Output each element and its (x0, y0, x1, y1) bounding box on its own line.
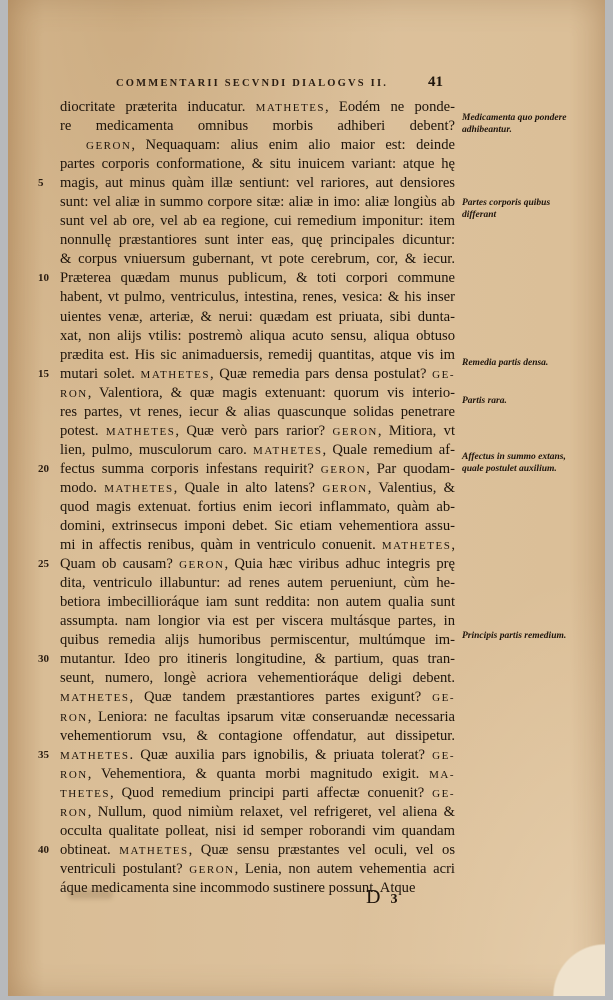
line-number: 25 (38, 555, 49, 574)
line-text: RON, Leniora: ne facultas ipsarum vitæ c… (60, 709, 455, 725)
line-number: 15 (38, 365, 49, 384)
text-line: re medicamenta omnibus morbis adhiberi d… (60, 117, 455, 136)
line-text: domini, extrinsecus imponi debet. Sic et… (60, 518, 455, 534)
text-line: betiora imbecillioráque iam sunt reddita… (60, 593, 455, 612)
text-line: 20fectus summa corporis infestans requir… (60, 460, 455, 479)
line-number: 10 (38, 269, 49, 288)
line-text: diocritate præterita inducatur. MATHETES… (60, 99, 455, 115)
text-line: nonnullę præstantiores sunt inter eas, q… (60, 231, 455, 250)
signature-number: 3 (390, 892, 407, 907)
text-line: assumpta. nam longior via est per viscer… (60, 612, 455, 631)
text-line: MATHETES, Quæ tandem præstantiores parte… (60, 688, 455, 707)
line-text: habent, vt pulmo, ventriculus, intestina… (60, 289, 455, 305)
line-number: 5 (38, 174, 44, 193)
line-number: 40 (38, 841, 49, 860)
line-text: prædita est. His sic animaduersis, remed… (60, 347, 455, 363)
line-text: vehementiorum vsu, & contagione offendat… (60, 728, 455, 744)
text-line: mi in affectis renibus, quàm in ventricu… (60, 536, 455, 555)
text-line: partes corporis conformatione, & situ in… (60, 155, 455, 174)
text-line: 25Quam ob causam? GERON, Quia hæc viribu… (60, 555, 455, 574)
line-text: mi in affectis renibus, quàm in ventricu… (60, 537, 455, 553)
line-text: mutari solet. MATHETES, Quæ remedia pars… (60, 366, 455, 382)
page-corner (545, 926, 605, 996)
line-text: MATHETES, Quæ tandem præstantiores parte… (60, 689, 455, 705)
marginal-note: Affectus in summo extans, quale postulet… (462, 452, 572, 475)
line-text: GERON, Nequaquam: alius enim alio maior … (86, 137, 455, 153)
text-line: quibus remedia alijs humoribus permiscen… (60, 631, 455, 650)
line-text: RON, Valentiora, & quæ magis extenuant: … (60, 385, 455, 401)
line-text: re medicamenta omnibus morbis adhiberi d… (60, 118, 455, 134)
ink-smudge (68, 889, 113, 899)
text-line: modo. MATHETES, Quale in alto latens? GE… (60, 479, 455, 498)
line-text: potest. MATHETES, Quæ verò pars rarior? … (60, 423, 455, 439)
text-line: RON, Vehementiora, & quanta morbi magnit… (60, 765, 455, 784)
text-line: vehementiorum vsu, & contagione offendat… (60, 727, 455, 746)
line-text: & corpus vniuersum gubernant, vt pote ce… (60, 251, 455, 267)
text-line: prædita est. His sic animaduersis, remed… (60, 346, 455, 365)
line-number: 35 (38, 746, 49, 765)
line-text: xat, non alijs vtilis: postremò aliqua a… (60, 328, 455, 344)
line-number: 30 (38, 650, 49, 669)
line-text: assumpta. nam longior via est per viscer… (60, 613, 455, 629)
text-line: RON, Nullum, quod nimiùm relaxet, vel re… (60, 803, 455, 822)
line-text: res partes, vt renes, iecur & alias quas… (60, 404, 455, 420)
line-text: lien, pulmo, musculorum caro. MATHETES, … (60, 442, 455, 458)
text-line: 15mutari solet. MATHETES, Quæ remedia pa… (60, 365, 455, 384)
line-text: seunt, numero, longè acriora vehementior… (60, 670, 455, 686)
line-text: RON, Vehementiora, & quanta morbi magnit… (60, 766, 455, 782)
line-text: quibus remedia alijs humoribus permiscen… (60, 632, 455, 648)
line-text: mutantur. Ideo pro itineris longitudine,… (60, 651, 455, 667)
text-line: & corpus vniuersum gubernant, vt pote ce… (60, 250, 455, 269)
book-page: COMMENTARII SECVNDI DIALOGVS II. 41 dioc… (8, 0, 605, 996)
line-text: magis, aut minus quàm illæ sentiunt: vel… (60, 175, 455, 191)
text-line: uientes venæ, arteriæ, & nerui: quædam e… (60, 308, 455, 327)
marginal-note: Partis rara. (462, 396, 572, 408)
line-text: occulta qualitate polleat, nisi id sempe… (60, 823, 455, 839)
text-line: potest. MATHETES, Quæ verò pars rarior? … (60, 422, 455, 441)
running-title: COMMENTARII SECVNDI DIALOGVS II. (116, 78, 456, 89)
line-text: sunt vel ab ore, vel ab ea regione, cui … (60, 213, 455, 229)
text-line: RON, Leniora: ne facultas ipsarum vitæ c… (60, 708, 455, 727)
line-text: THETES, Quod remedium principi parti aff… (60, 785, 455, 801)
line-text: quod magis extenuat. fortius enim iecori… (60, 499, 455, 515)
marginal-note: Partes corporis quibus differant (462, 198, 572, 221)
text-line: sunt: vel aliæ in summo corpore sitæ: al… (60, 193, 455, 212)
folio-number: 41 (428, 74, 443, 91)
line-text: áque medicamenta sine incommodo sustiner… (60, 880, 415, 896)
line-number: 20 (38, 460, 49, 479)
text-line: seunt, numero, longè acriora vehementior… (60, 669, 455, 688)
marginal-note: Remedia partis densa. (462, 358, 572, 370)
line-text: obtineat. MATHETES, Quæ sensu præstantes… (60, 842, 455, 858)
text-line: 30mutantur. Ideo pro itineris longitudin… (60, 650, 455, 669)
line-text: Præterea quædam munus publicum, & toti c… (60, 270, 455, 286)
line-text: uientes venæ, arteriæ, & nerui: quædam e… (60, 309, 455, 325)
line-text: nonnullę præstantiores sunt inter eas, q… (60, 232, 455, 248)
line-text: MATHETES. Quæ auxilia pars ignobilis, & … (60, 747, 455, 763)
signature-mark: D3 (366, 886, 407, 909)
text-line: quod magis extenuat. fortius enim iecori… (60, 498, 455, 517)
main-text-block: diocritate præterita inducatur. MATHETES… (60, 98, 455, 898)
line-text: RON, Nullum, quod nimiùm relaxet, vel re… (60, 804, 455, 820)
text-line: occulta qualitate polleat, nisi id sempe… (60, 822, 455, 841)
text-line: THETES, Quod remedium principi parti aff… (60, 784, 455, 803)
text-line: 35MATHETES. Quæ auxilia pars ignobilis, … (60, 746, 455, 765)
line-text: partes corporis conformatione, & situ in… (60, 156, 455, 172)
text-line: sunt vel ab ore, vel ab ea regione, cui … (60, 212, 455, 231)
text-line: xat, non alijs vtilis: postremò aliqua a… (60, 327, 455, 346)
text-line: res partes, vt renes, iecur & alias quas… (60, 403, 455, 422)
marginal-note: Medicamenta quo pondere adhibeantur. (462, 113, 572, 136)
marginal-note: Principis partis remedium. (462, 631, 572, 643)
signature-letter: D (366, 886, 390, 908)
line-text: sunt: vel aliæ in summo corpore sitæ: al… (60, 194, 455, 210)
text-line: GERON, Nequaquam: alius enim alio maior … (60, 136, 455, 155)
text-line: diocritate præterita inducatur. MATHETES… (60, 98, 455, 117)
text-line: lien, pulmo, musculorum caro. MATHETES, … (60, 441, 455, 460)
text-line: habent, vt pulmo, ventriculus, intestina… (60, 288, 455, 307)
text-line: ventriculi postulant? GERON, Lenia, non … (60, 860, 455, 879)
text-line: 40obtineat. MATHETES, Quæ sensu præstant… (60, 841, 455, 860)
text-line: domini, extrinsecus imponi debet. Sic et… (60, 517, 455, 536)
text-line: RON, Valentiora, & quæ magis extenuant: … (60, 384, 455, 403)
line-text: fectus summa corporis infestans requirit… (60, 461, 455, 477)
line-text: betiora imbecillioráque iam sunt reddita… (60, 594, 455, 610)
line-text: modo. MATHETES, Quale in alto latens? GE… (60, 480, 455, 496)
line-text: dita, ventriculo illabuntur: ad renes au… (60, 575, 455, 591)
text-line: 5magis, aut minus quàm illæ sentiunt: ve… (60, 174, 455, 193)
text-line: dita, ventriculo illabuntur: ad renes au… (60, 574, 455, 593)
line-text: Quam ob causam? GERON, Quia hæc viribus … (60, 556, 455, 572)
line-text: ventriculi postulant? GERON, Lenia, non … (60, 861, 455, 877)
text-line: 10Præterea quædam munus publicum, & toti… (60, 269, 455, 288)
